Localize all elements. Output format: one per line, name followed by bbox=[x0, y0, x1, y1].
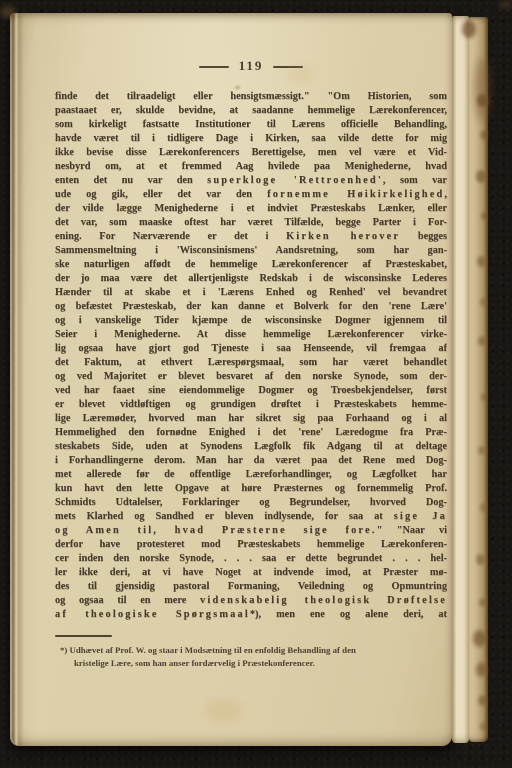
page-header: 119 bbox=[55, 58, 447, 76]
text-line: cer inden den norske Synode, . . . saa e… bbox=[55, 552, 447, 566]
text-line: lige Læremøder, hvorved man har sikret s… bbox=[55, 412, 447, 426]
text-line: der vilde lægge Menighederne i et indvie… bbox=[55, 202, 447, 216]
text-line: ved har faaet sine eiendommelige Dogmer … bbox=[55, 384, 447, 398]
text-line: ude og gik, eller det var den fornemme H… bbox=[55, 188, 447, 202]
text-line: som kirkeligt fastsatte Institutioner ti… bbox=[55, 118, 447, 132]
text-line: ske naturligen affødt de hemmelige Lærek… bbox=[55, 258, 447, 272]
text-line: nesbyrd om, at et fremmed Aag hvilede pa… bbox=[55, 160, 447, 174]
text-line: Sammensmeltning i 'Wisconsinismens' Aand… bbox=[55, 244, 447, 258]
footnote-line-2: kristelige Lære, som han anser fordærvel… bbox=[60, 657, 464, 671]
book-page: 119 finde det tilraadeligt eller hensigt… bbox=[10, 13, 452, 746]
text-line: ler ikke deri, at vi have Noget at indve… bbox=[55, 566, 447, 580]
footnote-rule bbox=[55, 635, 112, 637]
text-line: og ved Majoritet er blevet besvaret af d… bbox=[55, 370, 447, 384]
page-number: 119 bbox=[239, 58, 264, 74]
text-line: og ogsaa til en mere videnskabelig theol… bbox=[55, 594, 447, 608]
text-line: enten det nu var den superkloge 'Rettroe… bbox=[55, 174, 447, 188]
text-line: paastaaet er, skulde bevidne, at saadann… bbox=[55, 104, 447, 118]
text-line: derfor have protesteret mod Præsteskabet… bbox=[55, 538, 447, 552]
text-line: og i vanskelige Tider kjæmpe de wisconsi… bbox=[55, 314, 447, 328]
left-page-crease bbox=[12, 13, 24, 746]
text-line: ikke bevise disse Lærekonferencers Beret… bbox=[55, 146, 447, 160]
stain bbox=[500, 0, 512, 9]
text-line: des til gjensidig pastoral Formaning, Ve… bbox=[55, 580, 447, 594]
text-line: steskabets Side, uden at Synodens Lægfol… bbox=[55, 440, 447, 454]
text-line: lig ogsaa have gjort god Tjeneste i saa … bbox=[55, 342, 447, 356]
book-photo: 119 finde det tilraadeligt eller hensigt… bbox=[0, 0, 512, 768]
text-line: kun havt den lette Opgave at høre Præste… bbox=[55, 482, 447, 496]
text-line: er blevet vidtløftigen og grundigen drøf… bbox=[55, 398, 447, 412]
body-text: finde det tilraadeligt eller hensigtsmæs… bbox=[55, 90, 447, 622]
header-dash-right bbox=[273, 66, 303, 68]
page-edge-strip-light bbox=[452, 16, 469, 743]
text-line: finde det tilraadeligt eller hensigtsmæs… bbox=[55, 90, 447, 104]
text-line: og befæstet Præsteskab, der kan danne et… bbox=[55, 300, 447, 314]
text-line: og Amen til, hvad Præsterne sige fore." … bbox=[55, 524, 447, 538]
text-line: det var, som maaske oftest har været Til… bbox=[55, 216, 447, 230]
header-dash-left bbox=[199, 66, 229, 68]
text-line: mets Klarhed og Sandhed er bleven indlys… bbox=[55, 510, 447, 524]
text-line: Schmidts Udtalelser, Forklaringer og Beg… bbox=[55, 496, 447, 510]
text-line: ening. For Nærværende er det i Kirken he… bbox=[55, 230, 447, 244]
text-line: Hænder til at skabe et i 'Lærens Enhed o… bbox=[55, 286, 447, 300]
text-line: Hemmelighed den fornødne Enighed i det '… bbox=[55, 426, 447, 440]
text-line: det Faktum, at ethvert Lærespørgsmaal, s… bbox=[55, 356, 447, 370]
text-line: met allerede før de offentlige Læreforha… bbox=[55, 468, 447, 482]
footnote-line-1: *) Udhævet af Prof. W. og staar i Modsæt… bbox=[60, 644, 450, 658]
text-line: der jo maa være det allertjenligste Reds… bbox=[55, 272, 447, 286]
page-edge-strip-dark bbox=[469, 17, 488, 742]
text-line: havde været til i tidligere Dage i Kirke… bbox=[55, 132, 447, 146]
text-line: af theologiske Spørgsmaal*), men ene og … bbox=[55, 608, 447, 622]
text-line: Seier i Menighederne. At disse hemmelige… bbox=[55, 328, 447, 342]
text-line: i Forhandlingerne derom. Man har da være… bbox=[55, 454, 447, 468]
